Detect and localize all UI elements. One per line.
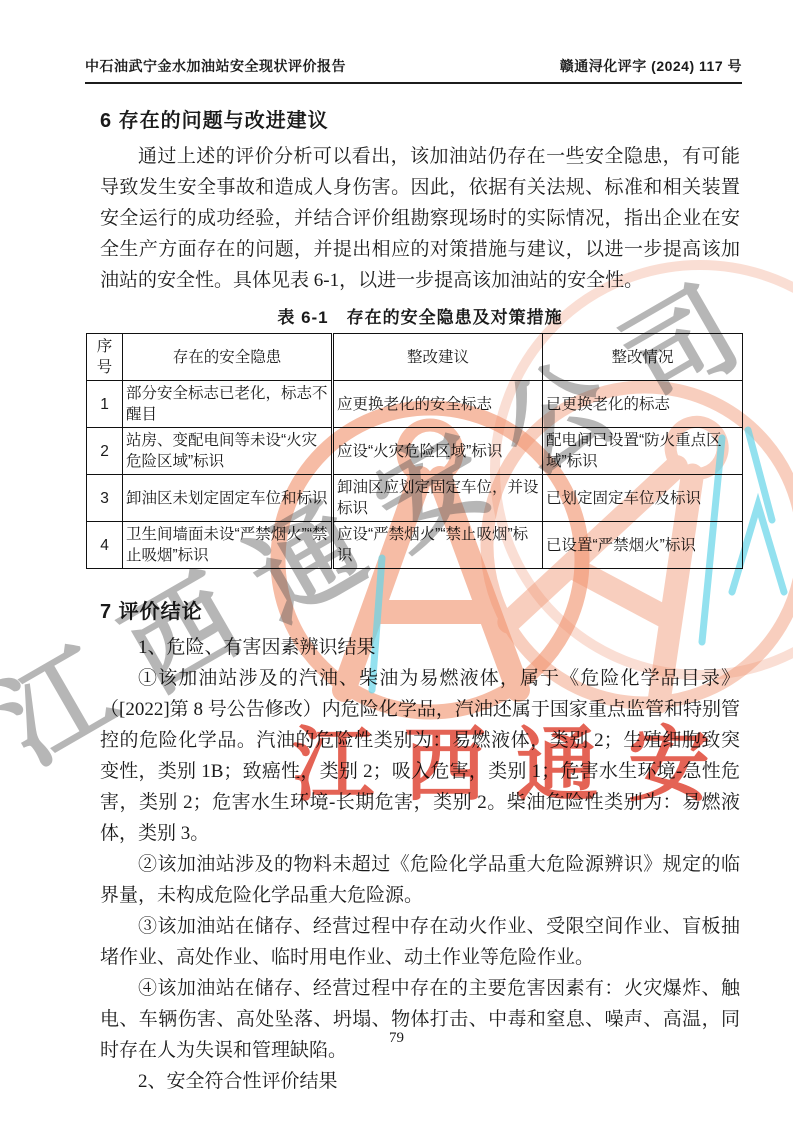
table-cell: 已设置“严禁烟火”标识 (543, 522, 743, 569)
table-cell: 卸油区应划定固定车位，并设标识 (333, 475, 543, 522)
table-row: 2 站房、变配电间等未设“火灾危险区域”标识 应设“火灾危险区域”标识 配电间已… (87, 428, 743, 475)
table-cell: 应设“火灾危险区域”标识 (333, 428, 543, 475)
table-header-cell: 序号 (87, 334, 123, 381)
table-row: 4 卫生间墙面未设“严禁烟火”“禁止吸烟”标识 应设“严禁烟火”“禁止吸烟”标识… (87, 522, 743, 569)
header-report-title: 中石油武宁金水加油站安全现状评价报告 (85, 56, 346, 76)
table-caption: 表 6-1 存在的安全隐患及对策措施 (100, 303, 740, 328)
conclusion-paragraph: ④该加油站在储存、经营过程中存在的主要危害因素有：火灾爆炸、触电、车辆伤害、高处… (100, 973, 740, 1066)
conclusion-paragraph: 1、危险、有害因素辨识结果 (100, 632, 740, 663)
table-cell: 已更换老化的标志 (543, 381, 743, 428)
page-content: 6 存在的问题与改进建议 通过上述的评价分析可以看出，该加油站仍存在一些安全隐患… (100, 94, 740, 1097)
page-number: 79 (389, 1030, 404, 1046)
table-header-cell: 整改建议 (333, 334, 543, 381)
section-6-paragraph: 通过上述的评价分析可以看出，该加油站仍存在一些安全隐患，有可能导致发生安全事故和… (100, 141, 740, 296)
table-cell: 部分安全标志已老化，标志不醒目 (123, 381, 333, 428)
table-header-cell: 存在的安全隐患 (123, 334, 333, 381)
table-cell: 1 (87, 381, 123, 428)
section-6-title: 6 存在的问题与改进建议 (100, 104, 740, 133)
section-7-title: 7 评价结论 (100, 595, 740, 624)
table-cell: 应更换老化的安全标志 (333, 381, 543, 428)
report-page: 中石油武宁金水加油站安全现状评价报告 赣通浔化评字 (2024) 117 号 6… (0, 0, 793, 1122)
table-cell: 3 (87, 475, 123, 522)
table-cell: 站房、变配电间等未设“火灾危险区域”标识 (123, 428, 333, 475)
table-cell: 4 (87, 522, 123, 569)
conclusion-paragraph: ③该加油站在储存、经营过程中存在动火作业、受限空间作业、盲板抽堵作业、高处作业、… (100, 911, 740, 973)
table-header-cell: 整改情况 (543, 334, 743, 381)
table-cell: 卸油区未划定固定车位和标识 (123, 475, 333, 522)
header-document-number: 赣通浔化评字 (2024) 117 号 (560, 56, 742, 76)
conclusion-paragraph: 2、安全符合性评价结果 (100, 1066, 740, 1097)
table-cell: 配电间已设置“防火重点区域”标识 (543, 428, 743, 475)
table-cell: 应设“严禁烟火”“禁止吸烟”标识 (333, 522, 543, 569)
table-header-row: 序号 存在的安全隐患 整改建议 整改情况 (87, 334, 743, 381)
page-header: 中石油武宁金水加油站安全现状评价报告 赣通浔化评字 (2024) 117 号 (85, 56, 742, 84)
table-cell: 卫生间墙面未设“严禁烟火”“禁止吸烟”标识 (123, 522, 333, 569)
table-row: 3 卸油区未划定固定车位和标识 卸油区应划定固定车位，并设标识 已划定固定车位及… (87, 475, 743, 522)
table-cell: 2 (87, 428, 123, 475)
table-row: 1 部分安全标志已老化，标志不醒目 应更换老化的安全标志 已更换老化的标志 (87, 381, 743, 428)
conclusion-paragraph: ②该加油站涉及的物料未超过《危险化学品重大危险源辨识》规定的临界量，未构成危险化… (100, 849, 740, 911)
page-footer: 79 (0, 1030, 793, 1047)
hazards-table: 序号 存在的安全隐患 整改建议 整改情况 1 部分安全标志已老化，标志不醒目 应… (86, 333, 743, 569)
conclusion-paragraph: ①该加油站涉及的汽油、柴油为易燃液体，属于《危险化学品目录》（[2022]第 8… (100, 663, 740, 849)
table-cell: 已划定固定车位及标识 (543, 475, 743, 522)
